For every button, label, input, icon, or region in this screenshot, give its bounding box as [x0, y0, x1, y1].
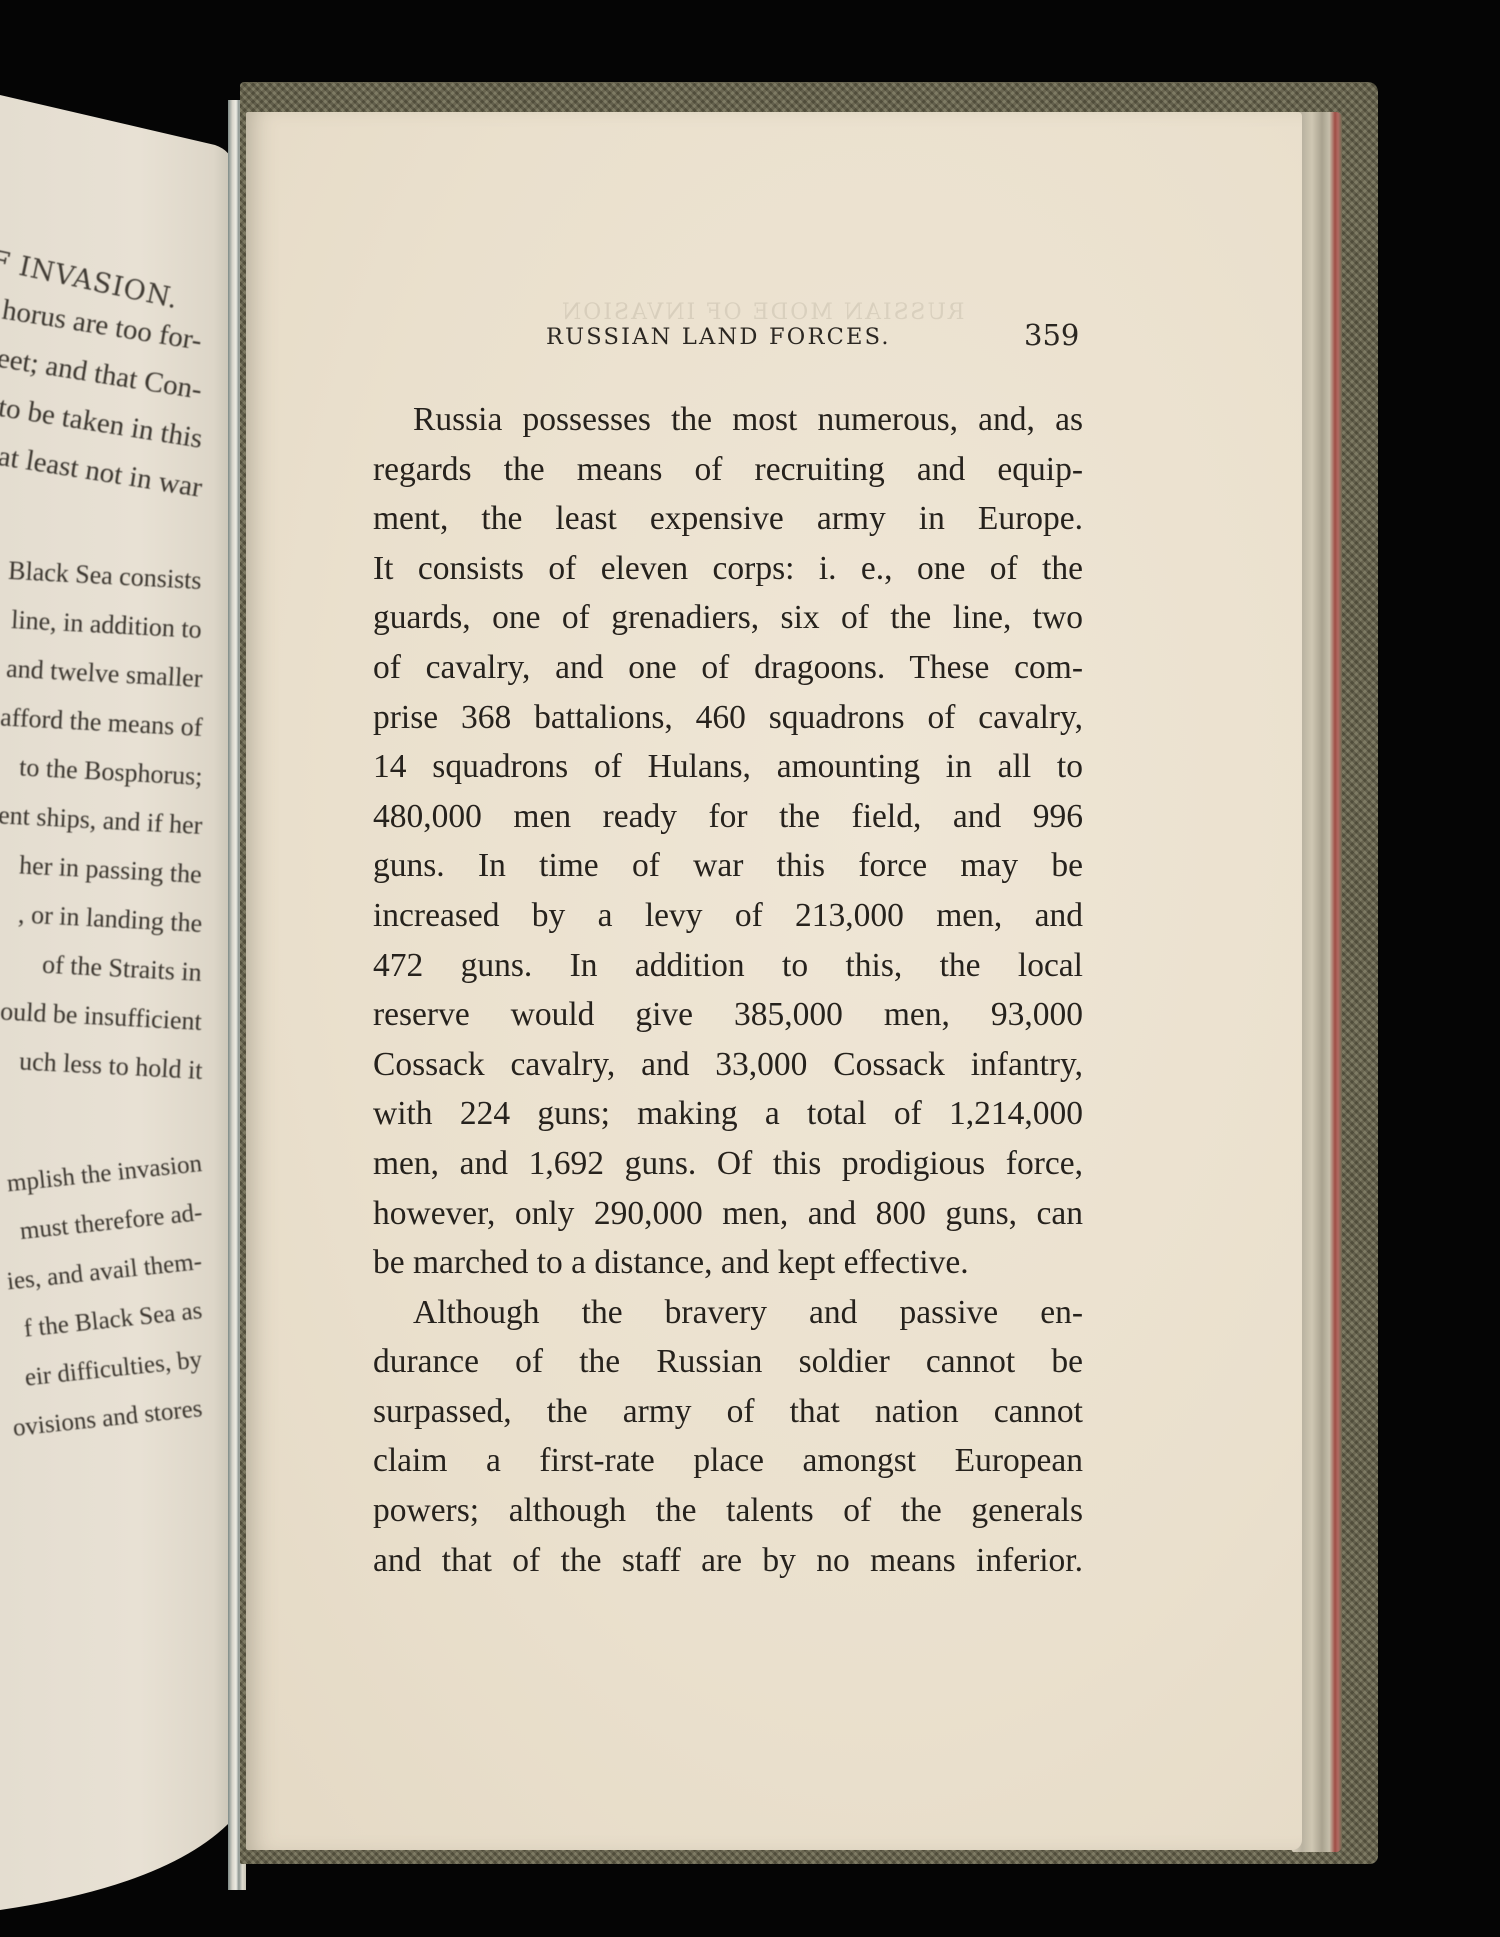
- left-text-line: ies, and avail them-: [6, 1248, 204, 1296]
- left-text-line: must therefore ad-: [18, 1199, 203, 1246]
- left-text-line: ould be insufficient: [0, 996, 203, 1037]
- text-line: 472 guns. In addition to this, the local: [373, 941, 1083, 991]
- left-text-line: eir difficulties, by: [24, 1346, 204, 1392]
- left-text-line: ovisions and stores: [11, 1395, 203, 1443]
- text-line: reserve would give 385,000 men, 93,000: [373, 990, 1083, 1040]
- text-line: powers; although the talents of the gene…: [373, 1486, 1083, 1536]
- left-text-line: her in passing the: [19, 850, 203, 890]
- page-number: 359: [1024, 318, 1079, 352]
- text-line: 14 squadrons of Hulans, amounting in all…: [373, 742, 1083, 792]
- left-text-line: Black Sea consists: [8, 556, 203, 596]
- left-text-line: mplish the invasion: [6, 1150, 204, 1198]
- text-line: Russia possesses the most numerous, and,…: [373, 395, 1083, 445]
- facing-page-left: F INVASION. horus are too for-fleet; and…: [0, 95, 232, 1910]
- text-line: surpassed, the army of that nation canno…: [373, 1387, 1083, 1437]
- left-text-line: of the Straits in: [42, 950, 203, 988]
- text-line: be marched to a distance, and kept effec…: [373, 1238, 1083, 1288]
- left-text-line: f the Black Sea as: [22, 1297, 203, 1344]
- running-head: RUSSIAN LAND FORCES.: [546, 324, 891, 350]
- text-line: durance of the Russian soldier cannot be: [373, 1337, 1083, 1387]
- text-line: claim a first-rate place amongst Europea…: [373, 1436, 1083, 1486]
- left-text-line: afford the means of: [0, 702, 203, 743]
- left-text-line: ent ships, and if her: [0, 800, 203, 841]
- paragraph-1: Russia possesses the most numerous, and,…: [373, 395, 1083, 1288]
- left-text-line: line, in addition to: [11, 605, 203, 645]
- text-line: of cavalry, and one of dragoons. These c…: [373, 643, 1083, 693]
- text-line: increased by a levy of 213,000 men, and: [373, 891, 1083, 941]
- text-line: Although the bravery and passive en-: [373, 1288, 1083, 1338]
- left-page-text: horus are too for-fleet; and that Con-to…: [0, 95, 232, 1910]
- left-text-line: , and twelve smaller: [0, 653, 203, 694]
- bleed-through-text: RUSSIAN MODE OF INVASION: [560, 300, 965, 325]
- text-line: however, only 290,000 men, and 800 guns,…: [373, 1189, 1083, 1239]
- text-line: prise 368 battalions, 460 squadrons of c…: [373, 693, 1083, 743]
- text-line: with 224 guns; making a total of 1,214,0…: [373, 1089, 1083, 1139]
- text-line: men, and 1,692 guns. Of this prodigious …: [373, 1139, 1083, 1189]
- text-line: regards the means of recruiting and equi…: [373, 445, 1083, 495]
- text-line: Cossack cavalry, and 33,000 Cossack infa…: [373, 1040, 1083, 1090]
- page-body: Russia possesses the most numerous, and,…: [373, 395, 1083, 1585]
- left-text-line: , or in landing the: [17, 899, 202, 939]
- text-line: and that of the staff are by no means in…: [373, 1536, 1083, 1586]
- left-text-line: uch less to hold it: [18, 1046, 203, 1086]
- left-text-line: to the Bosphorus;: [18, 752, 203, 792]
- text-line: ment, the least expensive army in Europe…: [373, 494, 1083, 544]
- paragraph-2: Although the bravery and passive en- dur…: [373, 1288, 1083, 1586]
- text-line: 480,000 men ready for the field, and 996: [373, 792, 1083, 842]
- text-line: guns. In time of war this force may be: [373, 841, 1083, 891]
- text-line: guards, one of grenadiers, six of the li…: [373, 593, 1083, 643]
- text-line: It consists of eleven corps: i. e., one …: [373, 544, 1083, 594]
